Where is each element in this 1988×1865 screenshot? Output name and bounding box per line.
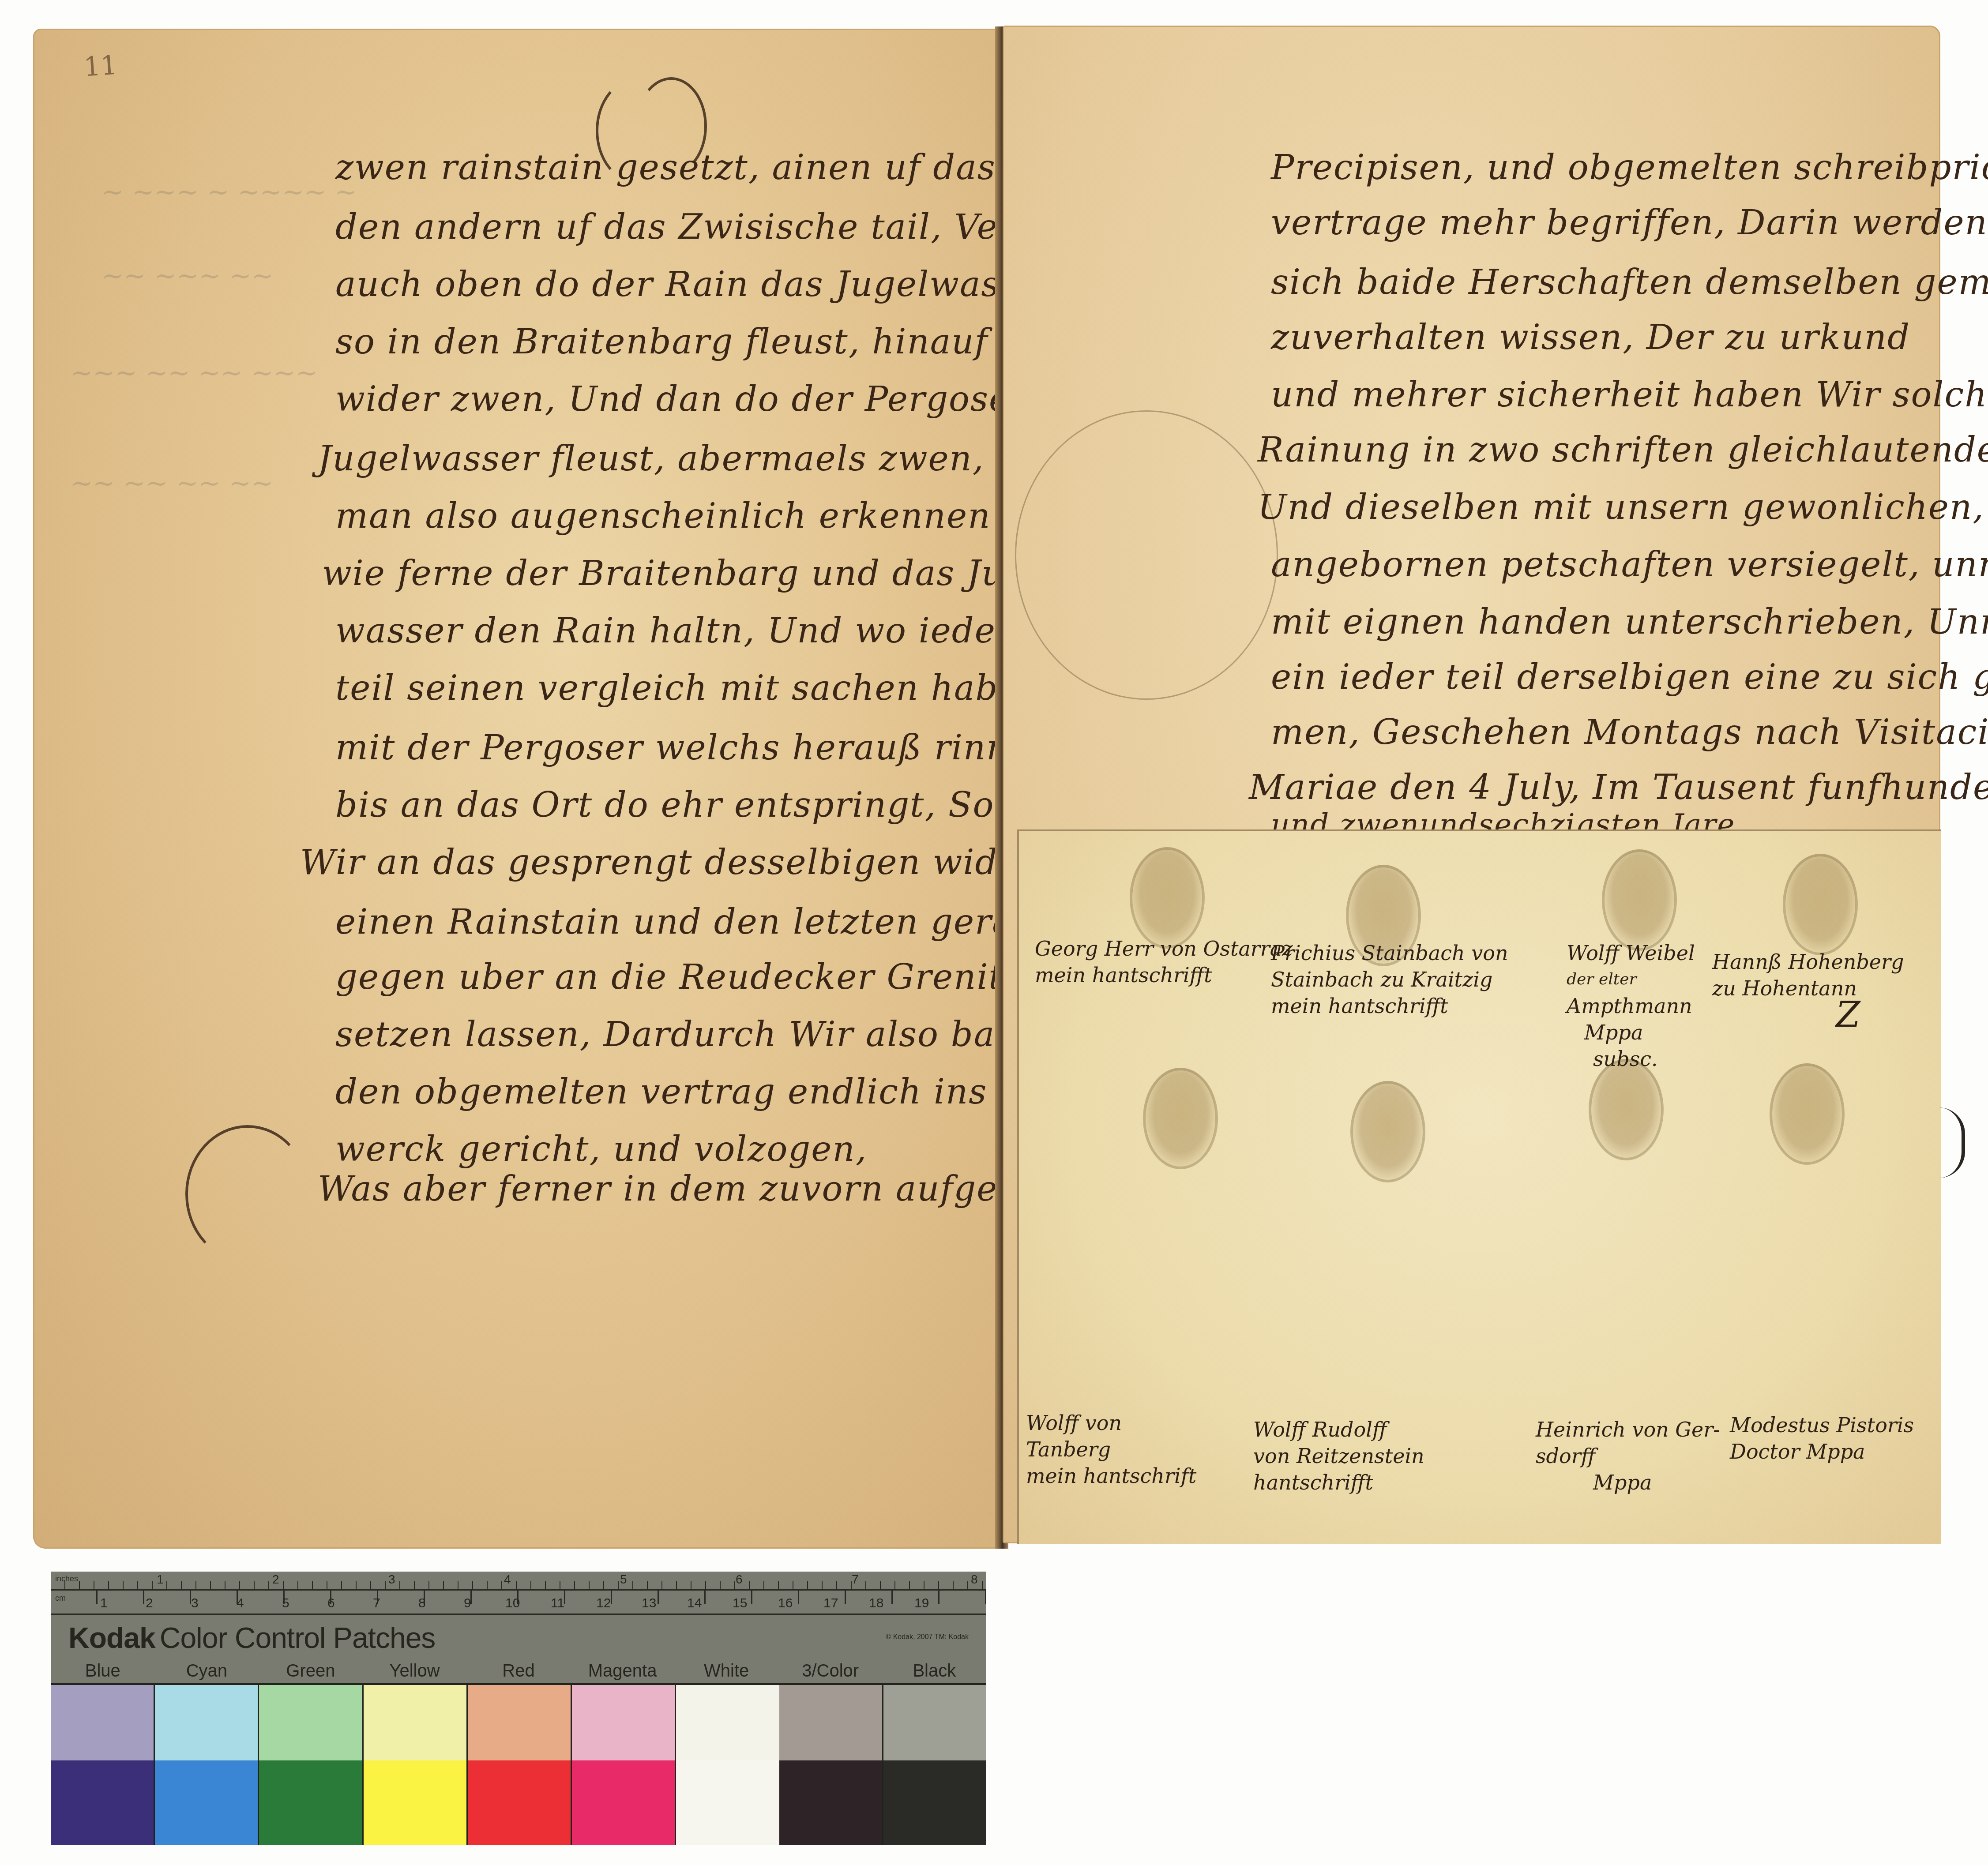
- signature-line: der elter: [1567, 966, 1695, 993]
- text-line: angebornen petschaften versiegelt, unnd: [1271, 545, 1988, 585]
- wax-seal: [1350, 1081, 1425, 1182]
- card-title: KodakColor Control Patches: [68, 1621, 435, 1655]
- signature-line: mein hantschrift: [1026, 1463, 1196, 1489]
- patch-black-dark: [883, 1760, 986, 1845]
- signature-line: sdorff: [1536, 1443, 1720, 1469]
- signature-block: Prichius Stainbach von Stainbach zu Krai…: [1271, 940, 1508, 1019]
- patch-blue-light: [51, 1685, 155, 1762]
- patch-label-blue: Blue: [51, 1661, 155, 1682]
- signature-line: Tanberg: [1026, 1436, 1196, 1463]
- patch-3color-dark: [779, 1760, 883, 1845]
- kodak-logo: Kodak: [68, 1621, 155, 1654]
- signature-line: Modestus Pistoris: [1730, 1412, 1914, 1438]
- cm-tick: 8: [418, 1596, 426, 1611]
- patch-label-green: Green: [259, 1661, 363, 1682]
- inch-tick: 7: [852, 1572, 859, 1587]
- ruler: inches cm 1 2 3 4 5 6 7 8 1 2 3 4 5 6 7 …: [51, 1572, 986, 1615]
- text-line: mit eignen handen unterschrieben, Unnd h…: [1271, 602, 1988, 642]
- text-line: werck gericht, und volzogen,: [335, 1130, 867, 1169]
- cm-tick: 15: [733, 1596, 747, 1611]
- signature-line: Hannß Hohenberg: [1712, 949, 1904, 975]
- signature-line: mein hantschrifft: [1035, 962, 1293, 988]
- wax-seal: [1130, 847, 1205, 949]
- cm-tick: 10: [505, 1596, 520, 1611]
- ghost-outline: [1015, 410, 1278, 700]
- cm-tick: 12: [596, 1596, 611, 1611]
- text-line: man also augenscheinlich erkennen mag,: [335, 496, 1092, 536]
- signature-line: Wolff von: [1026, 1410, 1196, 1436]
- patch-red-dark: [468, 1760, 572, 1845]
- cm-tick: 7: [373, 1596, 380, 1611]
- cm-tick: 6: [327, 1596, 335, 1611]
- patch-magenta-dark: [572, 1760, 676, 1845]
- text-line: mit der Pergoser welchs herauß rinnt,: [335, 728, 1036, 768]
- signature-line: subsc.: [1567, 1046, 1695, 1072]
- text-line: und mehrer sicherheit haben Wir solche g…: [1271, 375, 1988, 415]
- inch-unit-label: inches: [55, 1574, 78, 1584]
- inch-tick: 5: [620, 1572, 627, 1587]
- signature-line: Prichius Stainbach von: [1271, 940, 1508, 966]
- patch-label-red: Red: [466, 1661, 571, 1682]
- text-line: Precipisen, und obgemelten schreibpricke…: [1271, 148, 1988, 188]
- text-line: auch oben do der Rain das Jugelwasser: [335, 265, 1057, 304]
- cm-tick: 5: [282, 1596, 289, 1611]
- text-line: Wir an das gesprengt desselbigen wider: [300, 843, 1037, 882]
- signature-block: Wolff Rudolff von Reitzenstein hantschri…: [1253, 1416, 1424, 1496]
- text-line: vertrage mehr begriffen, Darin werden: [1271, 203, 1988, 243]
- inch-tick: 3: [388, 1572, 395, 1587]
- text-line: wider zwen, Und dan do der Pergoser mit: [335, 379, 1100, 419]
- wax-seal: [1589, 1059, 1664, 1160]
- inch-tick: 6: [736, 1572, 743, 1587]
- signature-block: Georg Herr von Ostarraz mein hantschriff…: [1035, 935, 1293, 988]
- binding-thread: [1935, 1107, 1965, 1178]
- patch-row-dark: [51, 1760, 986, 1845]
- signature-line: Georg Herr von Ostarraz: [1035, 935, 1293, 962]
- signature-line: Wolff Weibel: [1567, 940, 1695, 966]
- text-line: so in den Braitenbarg fleust, hinauf geh…: [335, 322, 1103, 362]
- signature-block: Heinrich von Ger- sdorff Mppa: [1536, 1416, 1720, 1496]
- cm-tick: 19: [914, 1596, 929, 1611]
- text-line: sich baide Herschaften demselben gemes: [1271, 263, 1988, 302]
- patch-green-light: [259, 1685, 363, 1762]
- copyright-text: © Kodak, 2007 TM: Kodak: [886, 1633, 969, 1641]
- initial-flourish: [185, 1125, 310, 1263]
- card-title-text: Color Control Patches: [160, 1621, 436, 1654]
- text-line: Jugelwasser fleust, abermaels zwen, Dami…: [318, 439, 1106, 479]
- signature-line: Mppa: [1536, 1469, 1720, 1496]
- cm-tick: 4: [237, 1596, 244, 1611]
- bleed-through-text: ~ ~~~ ~ ~~~~ ~: [101, 176, 357, 207]
- signature-block: Wolff von Tanberg mein hantschrift: [1026, 1410, 1196, 1489]
- patch-white-light: [676, 1685, 779, 1762]
- patch-cyan-light: [155, 1685, 259, 1762]
- patch-white-dark: [676, 1760, 779, 1845]
- signature-line: mein hantschrifft: [1271, 993, 1508, 1019]
- inch-tick: 4: [504, 1572, 511, 1587]
- patch-yellow-light: [364, 1685, 468, 1762]
- text-line: ein ieder teil derselbigen eine zu sich …: [1271, 657, 1988, 697]
- signature-line: Ampthmann: [1567, 993, 1695, 1019]
- bleed-through-text: ~~ ~~ ~~ ~~: [71, 468, 273, 499]
- cm-tick: 9: [464, 1596, 471, 1611]
- signature-line: von Reitzenstein: [1253, 1443, 1424, 1469]
- signature-line: Mppa: [1567, 1019, 1695, 1046]
- bleed-through-text: ~~ ~~~ ~~: [101, 260, 274, 291]
- cm-tick: 3: [191, 1596, 199, 1611]
- patch-row-light: [51, 1683, 986, 1762]
- signature-line: zu Hohentann: [1712, 975, 1904, 1002]
- patch-labels: Blue Cyan Green Yellow Red Magenta White…: [51, 1661, 986, 1682]
- patch-label-yellow: Yellow: [363, 1661, 467, 1682]
- patch-label-3color: 3/Color: [778, 1661, 883, 1682]
- patch-magenta-light: [572, 1685, 676, 1762]
- inch-tick: 1: [157, 1572, 164, 1587]
- wax-seal: [1770, 1063, 1845, 1165]
- text-line: men, Geschehen Montags nach Visitacionis: [1271, 713, 1988, 752]
- cm-tick: 14: [687, 1596, 702, 1611]
- signature-line: Stainbach zu Kraitzig: [1271, 966, 1508, 993]
- text-line: einen Rainstain und den letzten gerade: [335, 902, 1058, 942]
- patch-label-cyan: Cyan: [155, 1661, 259, 1682]
- patch-3color-light: [779, 1685, 883, 1762]
- cm-unit-label: cm: [55, 1594, 66, 1603]
- signature-line: Doctor Mppa: [1730, 1438, 1914, 1465]
- inch-scale: [51, 1572, 986, 1591]
- text-line: Und dieselben mit unsern gewonlichen, un…: [1258, 488, 1988, 527]
- kodak-color-card: inches cm 1 2 3 4 5 6 7 8 1 2 3 4 5 6 7 …: [51, 1572, 986, 1845]
- cm-tick: 17: [823, 1596, 838, 1611]
- text-line: wie ferne der Braitenbarg und das Jugel: [322, 554, 1061, 593]
- cm-tick: 1: [100, 1596, 108, 1611]
- patch-label-black: Black: [883, 1661, 987, 1682]
- cm-tick: 2: [146, 1596, 153, 1611]
- wax-seal: [1143, 1068, 1218, 1169]
- patch-black-light: [883, 1685, 986, 1762]
- patch-cyan-dark: [155, 1760, 259, 1845]
- cm-tick: 16: [778, 1596, 793, 1611]
- inch-tick: 8: [971, 1572, 978, 1587]
- text-line: zuverhalten wissen, Der zu urkund: [1271, 318, 1910, 357]
- patch-red-light: [468, 1685, 572, 1762]
- signature-block: Hannß Hohenberg zu Hohentann Z: [1712, 949, 1904, 1028]
- signature-block: Modestus Pistoris Doctor Mppa: [1730, 1412, 1914, 1465]
- signature-line: hantschrifft: [1253, 1469, 1424, 1496]
- wax-seal: [1783, 854, 1858, 955]
- patch-label-white: White: [674, 1661, 778, 1682]
- text-line: wasser den Rain haltn, Und wo ieder: [335, 611, 1013, 651]
- inch-tick: 2: [272, 1572, 279, 1587]
- text-line: Mariae den 4 July, Im Tausent funfhunder…: [1249, 768, 1988, 807]
- signature-line: Heinrich von Ger-: [1536, 1416, 1720, 1443]
- signature-line: Z: [1712, 1002, 1904, 1028]
- wax-seal: [1602, 849, 1677, 951]
- text-line: gegen uber an die Reudecker Grenitz: [335, 957, 1022, 997]
- patch-label-magenta: Magenta: [571, 1661, 675, 1682]
- cm-tick: 13: [642, 1596, 656, 1611]
- cm-tick: 11: [551, 1596, 564, 1611]
- bleed-through-text: ~~~ ~~ ~~ ~~~: [71, 357, 318, 388]
- text-line: Rainung in zwo schriften gleichlautende …: [1258, 430, 1988, 470]
- signature-block: Wolff Weibel der elter Ampthmann Mppa su…: [1567, 940, 1695, 1072]
- patch-yellow-dark: [364, 1760, 468, 1845]
- text-line: den obgemelten vertrag endlich ins: [335, 1072, 987, 1112]
- signature-line: Wolff Rudolff: [1253, 1416, 1424, 1443]
- cm-tick: 18: [869, 1596, 883, 1611]
- folio-number: 11: [83, 49, 119, 83]
- patch-green-dark: [259, 1760, 363, 1845]
- patch-blue-dark: [51, 1760, 155, 1845]
